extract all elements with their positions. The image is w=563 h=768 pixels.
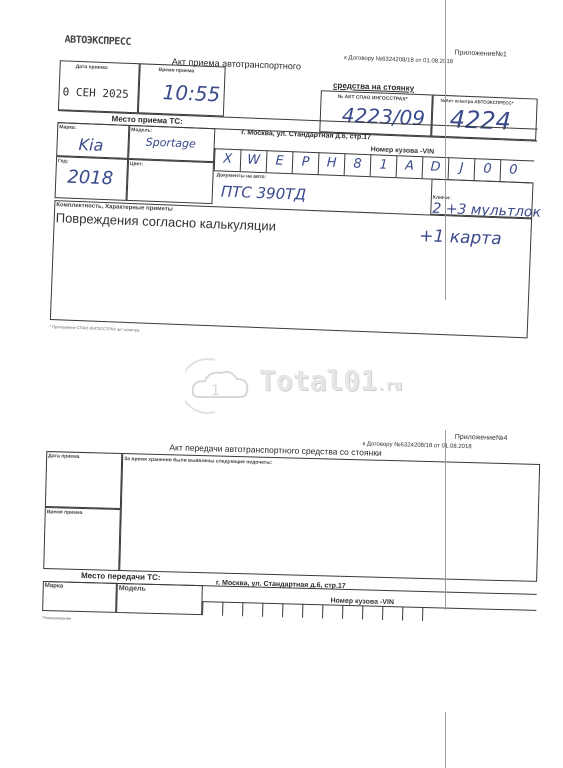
time-box [43, 507, 121, 571]
svg-text:1: 1 [211, 383, 219, 399]
logo: АВТОЭКСПРЕСС [64, 34, 131, 48]
act1-contract: к Договору №6324208/18 от 01.08.2018 [344, 55, 453, 65]
model-label: Модель: [131, 127, 152, 134]
date-label: Дата приема: [75, 64, 108, 71]
vin-empty-cell [402, 606, 422, 621]
place-label: Место передачи ТС: [81, 571, 161, 582]
vin-empty-cell [342, 605, 362, 620]
vin-char-cell: 8 [344, 153, 371, 176]
vin-empty-cell [422, 607, 442, 622]
year-value: 2018 [67, 167, 114, 190]
vin-empty-cell [222, 602, 242, 617]
vin-char-cell: 0 [474, 158, 501, 181]
act1-footnote: * Приложение СПАО ИНГОССТРАХ акт осмотра [50, 324, 140, 332]
act2-footnote: *Наименование [42, 615, 71, 621]
fold-line-2 [445, 430, 446, 610]
vin-char-cell: P [292, 151, 319, 174]
vin-empty-cell [262, 603, 282, 618]
vin-empty-cell [302, 604, 322, 619]
act2-form: Приложение№4 к Договору №6324208/18 от 0… [40, 425, 545, 638]
watermark-text: Total01.ru [259, 364, 402, 397]
act-ingos-value: 4223/09 [341, 103, 425, 130]
vin-char-cell: X [214, 148, 241, 171]
fold-line-3 [445, 712, 446, 768]
year-label: Год: [58, 158, 69, 164]
watermark: 1 Total01.ru [185, 350, 415, 420]
act-avto-value: 4224 [449, 105, 511, 135]
brand-label: Марка: [59, 124, 76, 131]
date-value: 0 СЕН 2025 [62, 85, 129, 101]
vin-char-cell: J [448, 157, 475, 180]
fold-line [445, 0, 446, 300]
car-cloud-icon: 1 [185, 355, 255, 415]
brand-label: Марка [45, 583, 64, 589]
date-label: Дата приема [48, 453, 79, 460]
time-value: 10:55 [162, 80, 221, 106]
notes-box [119, 453, 540, 582]
vin-char-cell: H [318, 152, 345, 175]
vin-char-cell: 0 [500, 159, 527, 182]
act1-form: АВТОЭКСПРЕСС Акт приема автотранспортног… [43, 30, 555, 359]
vin-empty-cell [362, 605, 382, 620]
vin-char-cell: A [396, 155, 423, 178]
vin-char-cell: 1 [370, 154, 397, 177]
docs-label: Документы на авто: [216, 172, 266, 180]
vin-cells-empty [202, 601, 462, 622]
act1-appendix: Приложение№1 [454, 49, 507, 58]
color-label: Цвет: [130, 161, 144, 168]
vin-empty-cell [282, 603, 302, 618]
extra-note: +1 карта [419, 226, 502, 249]
brand-value: Kia [78, 135, 103, 155]
vin-empty-cell [202, 601, 222, 616]
date-box [45, 451, 122, 509]
vin-empty-cell [322, 604, 342, 619]
docs-value: ПТС 390ТД [221, 182, 307, 203]
vin-char-cell: W [240, 149, 267, 172]
vin-empty-cell [382, 606, 402, 621]
time-label: Время приема [47, 509, 83, 516]
vin-char-cell: E [266, 150, 293, 173]
vin-empty-cell [242, 602, 262, 617]
model-label: Модель [119, 585, 146, 593]
act2-appendix: Приложение№4 [455, 434, 508, 442]
model-value: Sportage [146, 136, 196, 151]
